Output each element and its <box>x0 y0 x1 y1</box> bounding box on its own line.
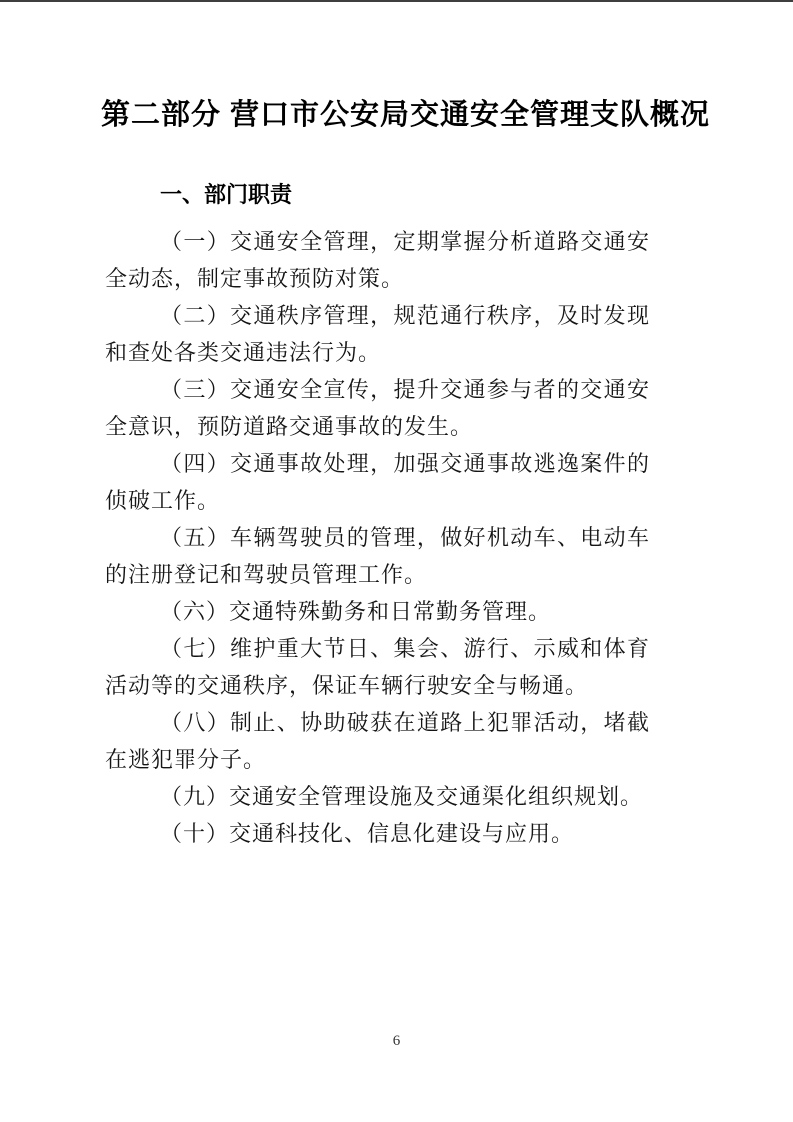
section-heading: 一、部门职责 <box>160 181 648 209</box>
scan-edge-line <box>0 0 793 2</box>
paragraph-4: （四）交通事故处理，加强交通事故逃逸案件的侦破工作。 <box>105 445 650 519</box>
paragraph-1: （一）交通安全管理，定期掌握分析道路交通安全动态，制定事故预防对策。 <box>105 223 650 297</box>
paragraph-7: （七）维护重大节日、集会、游行、示威和体育活动等的交通秩序，保证车辆行驶安全与畅… <box>105 630 650 704</box>
document-title: 第二部分 营口市公安局交通安全管理支队概况 <box>78 95 733 135</box>
paragraph-6: （六）交通特殊勤务和日常勤务管理。 <box>105 593 650 630</box>
paragraph-2: （二）交通秩序管理，规范通行秩序，及时发现和查处各类交通违法行为。 <box>105 297 650 371</box>
paragraph-9: （九）交通安全管理设施及交通渠化组织规划。 <box>105 778 650 815</box>
paragraph-5: （五）车辆驾驶员的管理，做好机动车、电动车的注册登记和驾驶员管理工作。 <box>105 519 650 593</box>
paragraph-3: （三）交通安全宣传，提升交通参与者的交通安全意识，预防道路交通事故的发生。 <box>105 371 650 445</box>
page-number: 6 <box>0 1033 793 1050</box>
document-page: 第二部分 营口市公安局交通安全管理支队概况 一、部门职责 （一）交通安全管理，定… <box>0 0 793 1122</box>
paragraph-8: （八）制止、协助破获在道路上犯罪活动，堵截在逃犯罪分子。 <box>105 704 650 778</box>
paragraph-10: （十）交通科技化、信息化建设与应用。 <box>105 815 650 852</box>
paragraph-list: （一）交通安全管理，定期掌握分析道路交通安全动态，制定事故预防对策。 （二）交通… <box>105 223 650 852</box>
